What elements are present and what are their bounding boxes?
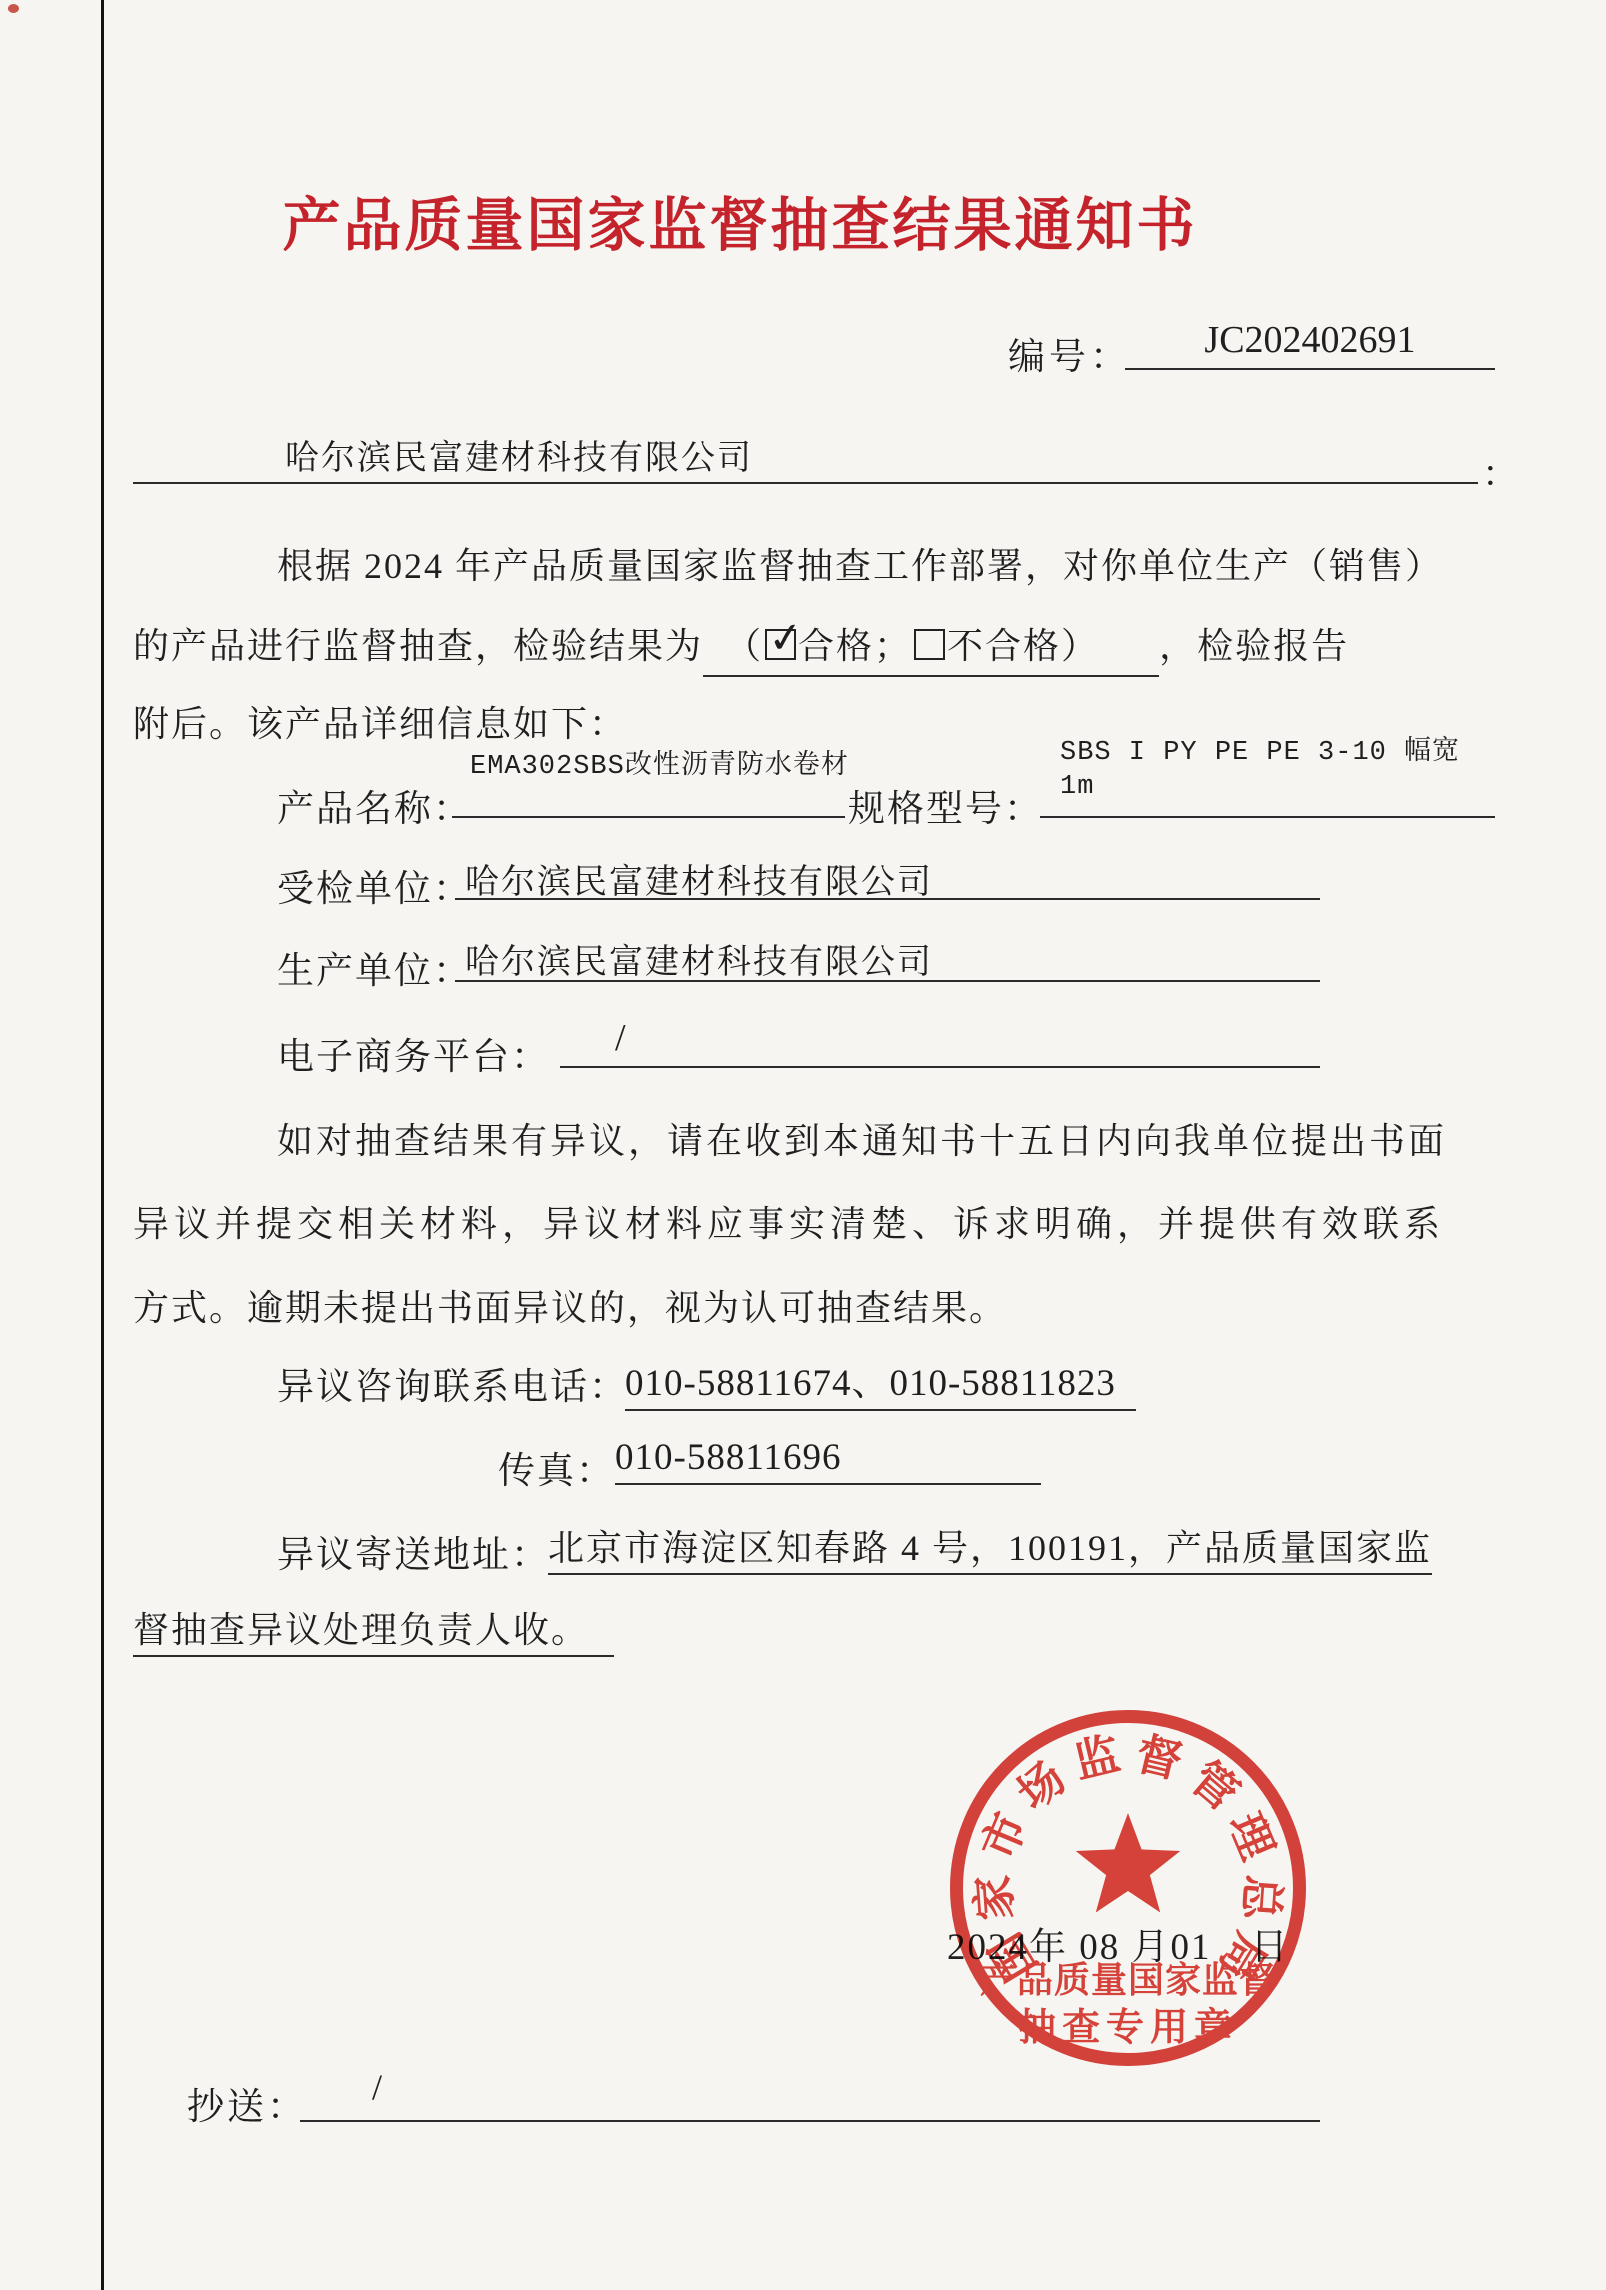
objection-line-2: 异议并提交相关材料，异议材料应事实清楚、诉求明确，并提供有效联系	[133, 1196, 1445, 1247]
address-label: 异议寄送地址：	[277, 1524, 550, 1578]
objection-line-3: 方式。逾期未提出书面异议的，视为认可抽查结果。	[133, 1280, 1007, 1331]
phone-label: 异议咨询联系电话：	[277, 1356, 628, 1410]
red-corner-mark	[8, 4, 19, 13]
seal-star-icon	[1066, 1806, 1190, 1930]
number-label: 编号：	[1008, 326, 1131, 380]
cc-underline	[300, 2074, 1320, 2122]
spec-value-line1: SBS I PY PE PE 3-10 幅宽	[1060, 728, 1460, 768]
document-page: 产品质量国家监督抽查结果通知书 编号： JC202402691 哈尔滨民富建材科…	[0, 0, 1606, 2290]
cc-label: 抄送：	[187, 2076, 307, 2130]
result-fail-label: 不合格）	[947, 626, 1099, 666]
number-underline: JC202402691	[1125, 318, 1495, 370]
official-seal: 国家市场监督管理总局 产品质量国家监督 抽查专用章	[950, 1710, 1306, 2066]
recipient-company-name: 哈尔滨民富建材科技有限公司	[285, 430, 753, 479]
checkbox-empty-icon	[914, 629, 945, 660]
objection-line-1: 如对抽查结果有异议，请在收到本通知书十五日内向我单位提出书面	[277, 1113, 1447, 1164]
issue-date: 2024年 08 月01 日	[947, 1916, 1290, 1970]
producer-underline	[455, 934, 1320, 982]
intro-line2-post: ，检验报告	[1159, 626, 1349, 666]
seal-arc-char: 监	[1066, 1717, 1125, 1791]
product-name-underline	[452, 770, 845, 818]
seal-text-line2: 抽查专用章	[950, 1996, 1306, 2051]
number-value: JC202402691	[1204, 319, 1415, 361]
phone-value-text: 010-58811674、010-58811823	[625, 1363, 1136, 1411]
cc-value: /	[372, 2066, 382, 2108]
seal-arc-char: 管	[1179, 1743, 1255, 1822]
address-value-line2-text: 督抽查异议处理负责人收。	[133, 1610, 614, 1657]
checkbox-checked-icon: ✓	[765, 629, 796, 660]
ecommerce-label: 电子商务平台：	[277, 1026, 550, 1080]
producer-label: 生产单位：	[277, 940, 472, 994]
result-segment: （✓合格；不合格）	[703, 618, 1159, 677]
spec-underline	[1040, 770, 1495, 818]
ecommerce-underline	[560, 1020, 1320, 1068]
check-mark-icon: ✓	[766, 611, 808, 664]
intro-line-2: 的产品进行监督抽查，检验结果为（✓合格；不合格），检验报告	[133, 618, 1349, 677]
result-open-paren: （	[725, 626, 763, 666]
seal-arc-char: 理	[1217, 1801, 1294, 1868]
page-binding-line	[101, 0, 104, 2290]
phone-value: 010-58811674、010-58811823	[625, 1352, 1136, 1406]
address-value-line2: 督抽查异议处理负责人收。	[133, 1602, 614, 1653]
spec-label: 规格型号：	[848, 778, 1043, 832]
seal-ring	[950, 1710, 1306, 2066]
fax-label: 传真：	[498, 1440, 615, 1494]
intro-line-1: 根据 2024 年产品质量国家监督抽查工作部署，对你单位生产（销售）	[277, 538, 1443, 589]
recipient-colon: ：	[1482, 446, 1518, 497]
seal-arc-char: 督	[1131, 1717, 1190, 1791]
inspected-underline	[455, 852, 1320, 900]
address-value-line1: 北京市海淀区知春路 4 号，100191，产品质量国家监	[548, 1520, 1432, 1571]
page-title: 产品质量国家监督抽查结果通知书	[240, 178, 1240, 262]
inspected-label: 受检单位：	[277, 858, 472, 912]
result-pass-label: 合格；	[798, 626, 912, 666]
seal-arc-char: 场	[1000, 1743, 1076, 1822]
address-value-line1-text: 北京市海淀区知春路 4 号，100191，产品质量国家监	[548, 1528, 1432, 1575]
fax-value-text: 010-58811696	[615, 1437, 1041, 1485]
product-name-label: 产品名称：	[277, 778, 472, 832]
seal-arc-char: 市	[962, 1801, 1039, 1868]
intro-line-3: 附后。该产品详细信息如下：	[133, 696, 627, 747]
fax-value: 010-58811696	[615, 1436, 1041, 1479]
intro-line2-pre: 的产品进行监督抽查，检验结果为	[133, 626, 703, 666]
